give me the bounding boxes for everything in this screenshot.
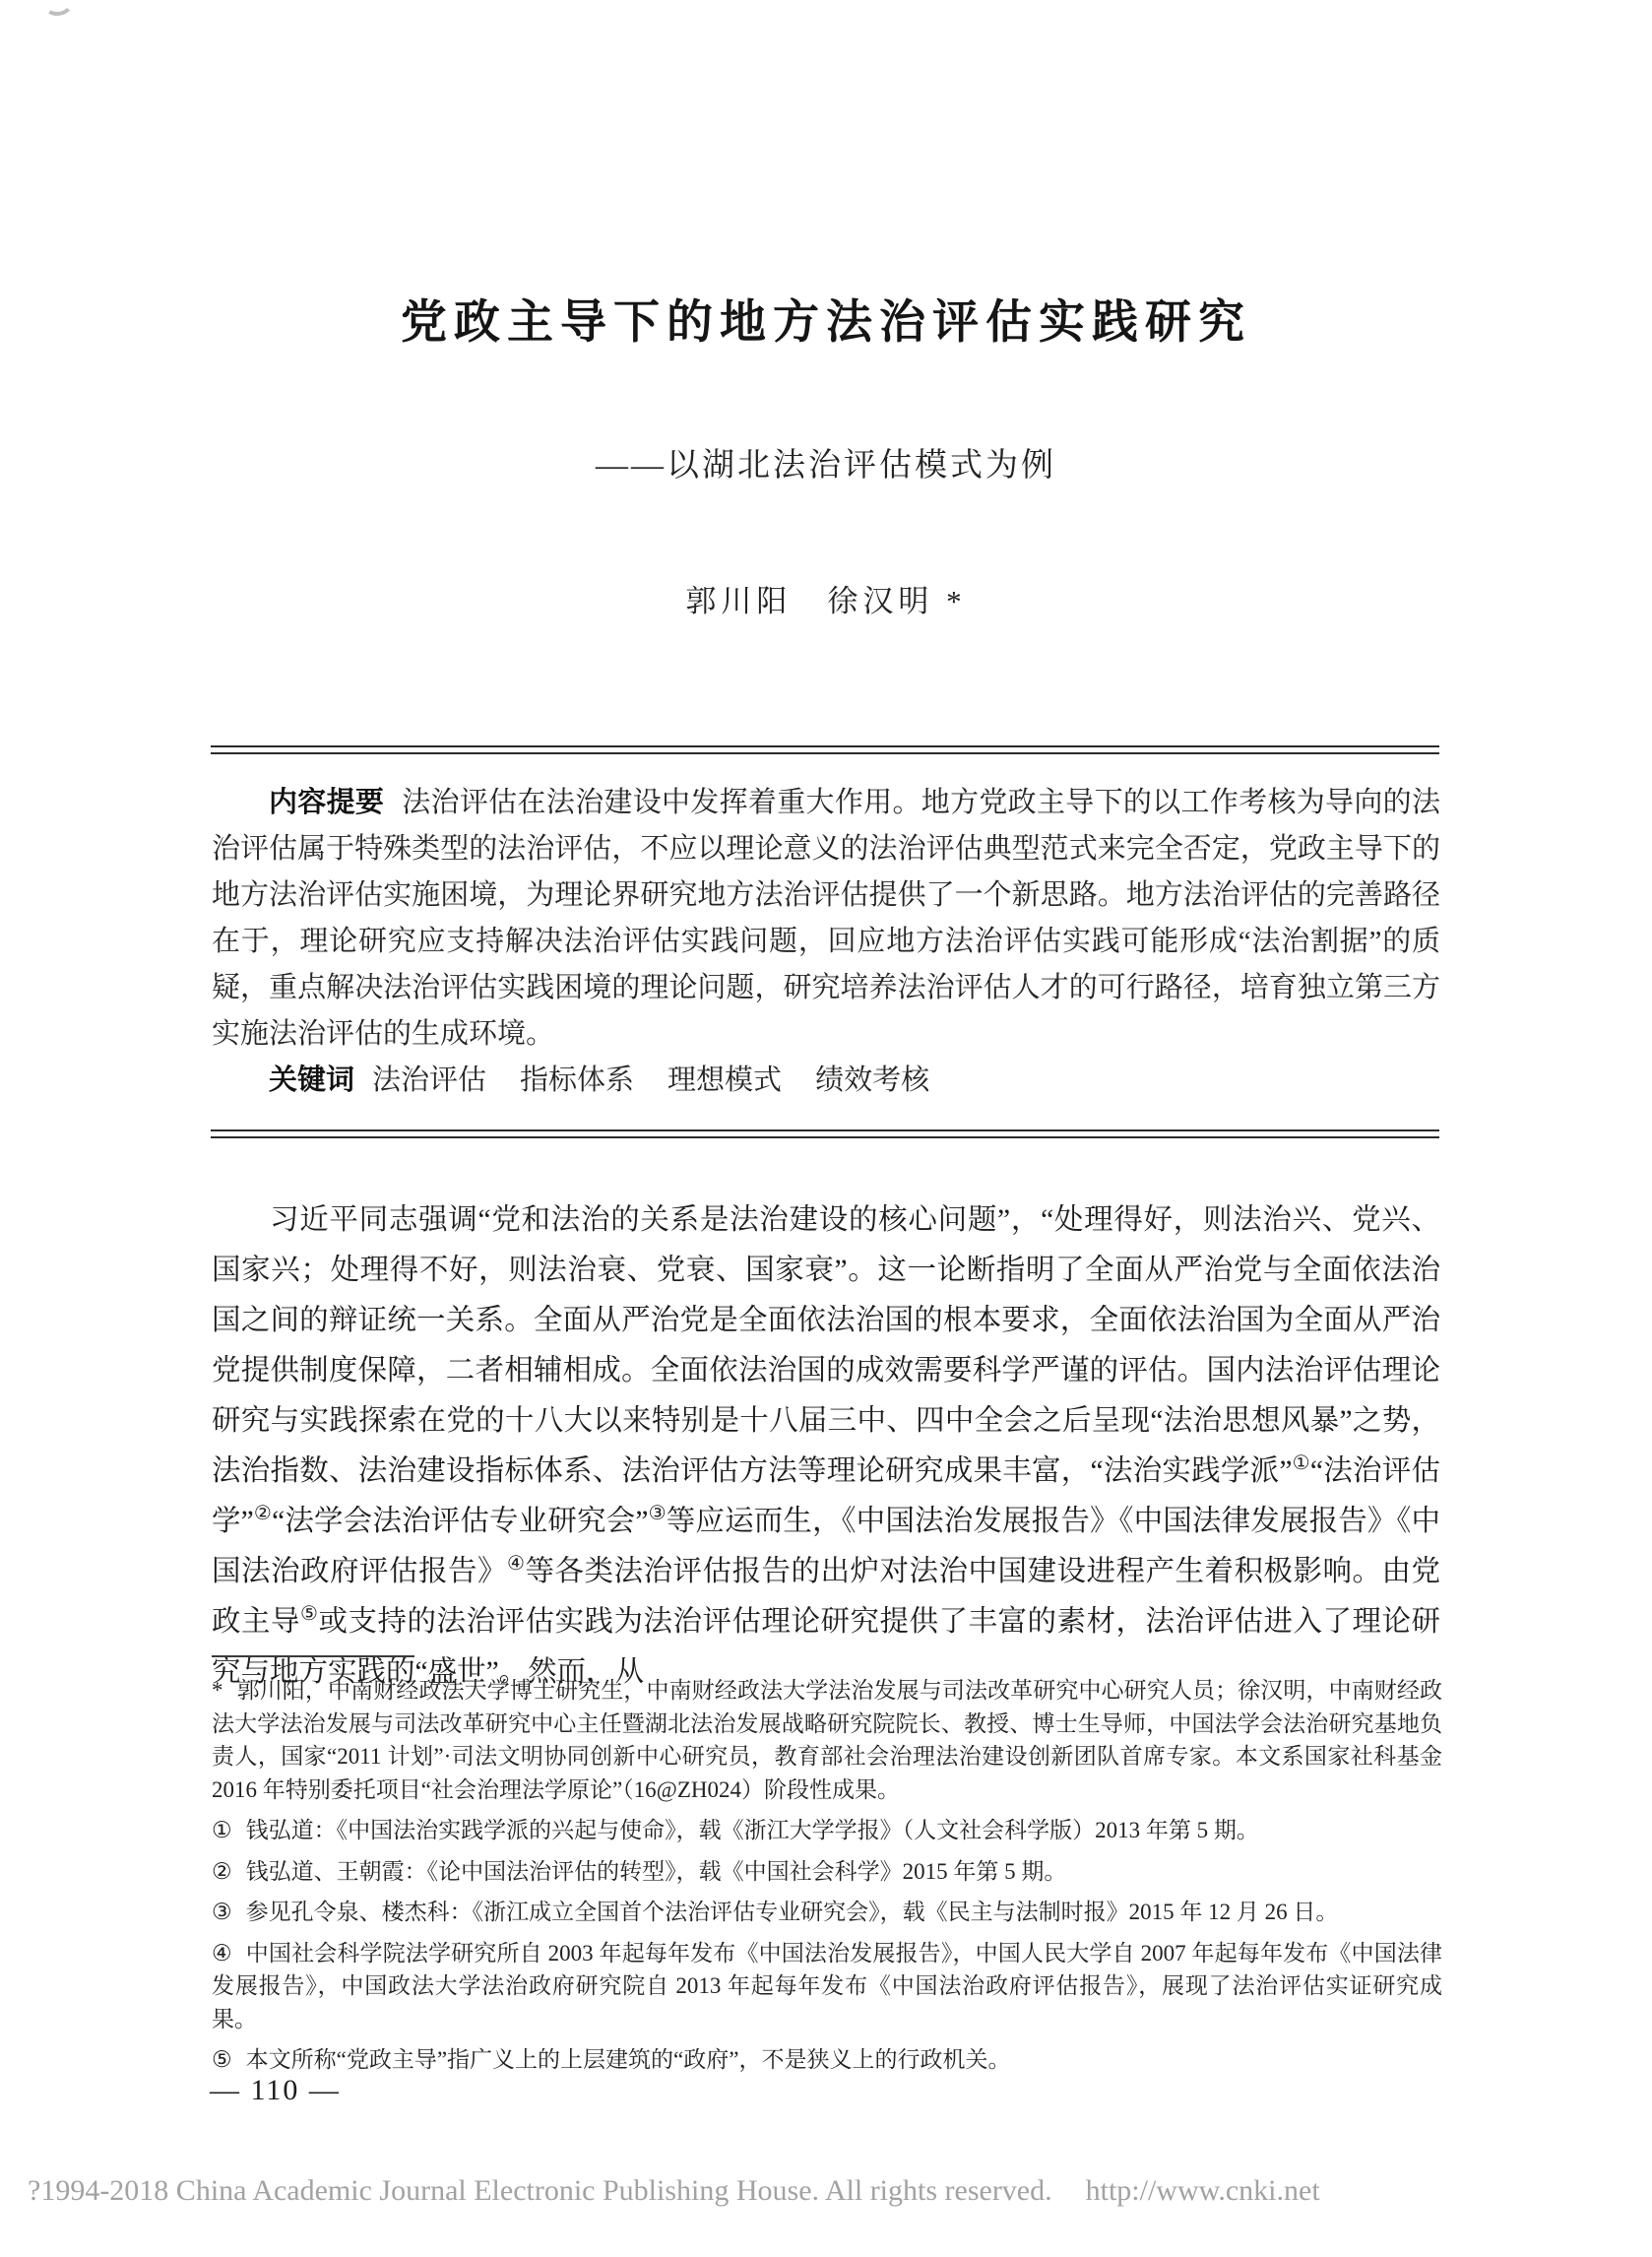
footnote-ref-5: ⑤: [300, 1603, 318, 1625]
footnote-marker: ①: [212, 1818, 232, 1842]
footnote-item: ③参见孔令泉、楼杰科：《浙江成立全国首个法治评估专业研究会》，载《民主与法制时报…: [212, 1896, 1442, 1929]
footnote-item: ①钱弘道：《中国法治实践学派的兴起与使命》，载《浙江大学学报》（人文社会科学版）…: [212, 1814, 1442, 1847]
paper-page: 党政主导下的地方法治评估实践研究 ——以湖北法治评估模式为例 郭川阳 徐汉明 *…: [0, 0, 1652, 2257]
keyword: 指标体系: [520, 1064, 634, 1096]
abstract-top-rule: [211, 745, 1439, 754]
footnote-ref-4: ④: [507, 1553, 525, 1575]
cnki-url: http://www.cnki.net: [1086, 2174, 1320, 2207]
footnote-item: ④中国社会科学院法学研究所自 2003 年起每年发布《中国法治发展报告》，中国人…: [212, 1937, 1442, 2036]
footnote-marker: ②: [212, 1859, 232, 1884]
footnote-marker: *: [212, 1678, 223, 1703]
abstract-text: 法治评估在法治建设中发挥着重大作用。地方党政主导下的以工作考核为导向的法治评估属…: [212, 787, 1440, 1050]
footnote-text: 本文所称“党政主导”指广义上的上层建筑的“政府”，不是狭义上的行政机关。: [246, 2047, 1011, 2072]
body-text-segment: “法学会法治评估专业研究会”: [272, 1506, 648, 1537]
copyright-watermark: ?1994-2018 China Academic Journal Electr…: [28, 2174, 1320, 2208]
keyword: 理想模式: [667, 1064, 782, 1096]
body-paragraph: 习近平同志强调“党和法治的关系是法治建设的核心问题”，“处理得好，则法治兴、党兴…: [212, 1195, 1440, 1698]
paper-subtitle: ——以湖北法治评估模式为例: [0, 439, 1652, 485]
footnote-item: *郭川阳，中南财经政法大学博士研究生，中南财经政法大学法治发展与司法改革研究中心…: [212, 1674, 1442, 1806]
footnote-text: 钱弘道：《中国法治实践学派的兴起与使命》，载《浙江大学学报》（人文社会科学版）2…: [246, 1818, 1259, 1842]
keywords-label: 关键词: [269, 1064, 354, 1096]
footnote-item: ⑤本文所称“党政主导”指广义上的上层建筑的“政府”，不是狭义上的行政机关。: [212, 2043, 1442, 2077]
abstract-label: 内容提要: [269, 787, 384, 818]
paper-title: 党政主导下的地方法治评估实践研究: [0, 286, 1652, 352]
footnote-marker: ⑤: [212, 2047, 232, 2072]
authors-line: 郭川阳 徐汉明 *: [0, 576, 1652, 620]
footnote-ref-3: ③: [648, 1503, 666, 1524]
footnote-marker: ③: [212, 1900, 232, 1924]
footnote-text: 中国社会科学院法学研究所自 2003 年起每年发布《中国法治发展报告》，中国人民…: [212, 1941, 1442, 2031]
keyword: 绩效考核: [815, 1064, 929, 1096]
footnote-item: ②钱弘道、王朝霞：《论中国法治评估的转型》，载《中国社会科学》2015 年第 5…: [212, 1855, 1442, 1889]
scan-artifact-mark: [41, 0, 74, 18]
keywords-row: 关键词法治评估指标体系理想模式绩效考核: [212, 1058, 1440, 1104]
footnote-ref-1: ①: [1292, 1452, 1309, 1474]
footnote-text: 钱弘道、王朝霞：《论中国法治评估的转型》，载《中国社会科学》2015 年第 5 …: [246, 1859, 1067, 1884]
abstract-paragraph: 内容提要法治评估在法治建设中发挥着重大作用。地方党政主导下的以工作考核为导向的法…: [212, 780, 1440, 1058]
abstract-bottom-rule: [211, 1129, 1439, 1138]
footnote-separator: [212, 1655, 414, 1657]
footnote-text: 郭川阳，中南财经政法大学博士研究生，中南财经政法大学法治发展与司法改革研究中心研…: [212, 1678, 1442, 1802]
footnote-marker: ④: [212, 1941, 232, 1966]
copyright-text: ?1994-2018 China Academic Journal Electr…: [28, 2174, 1052, 2207]
footnotes-section: *郭川阳，中南财经政法大学博士研究生，中南财经政法大学法治发展与司法改革研究中心…: [212, 1674, 1442, 2085]
keyword: 法治评估: [372, 1064, 486, 1096]
abstract-section: 内容提要法治评估在法治建设中发挥着重大作用。地方党政主导下的以工作考核为导向的法…: [212, 780, 1440, 1104]
footnote-text: 参见孔令泉、楼杰科：《浙江成立全国首个法治评估专业研究会》，载《民主与法制时报》…: [246, 1900, 1339, 1924]
page-number: — 110 —: [210, 2074, 341, 2107]
body-text-segment: 习近平同志强调“党和法治的关系是法治建设的核心问题”，“处理得好，则法治兴、党兴…: [212, 1204, 1440, 1487]
footnote-ref-2: ②: [254, 1503, 272, 1524]
